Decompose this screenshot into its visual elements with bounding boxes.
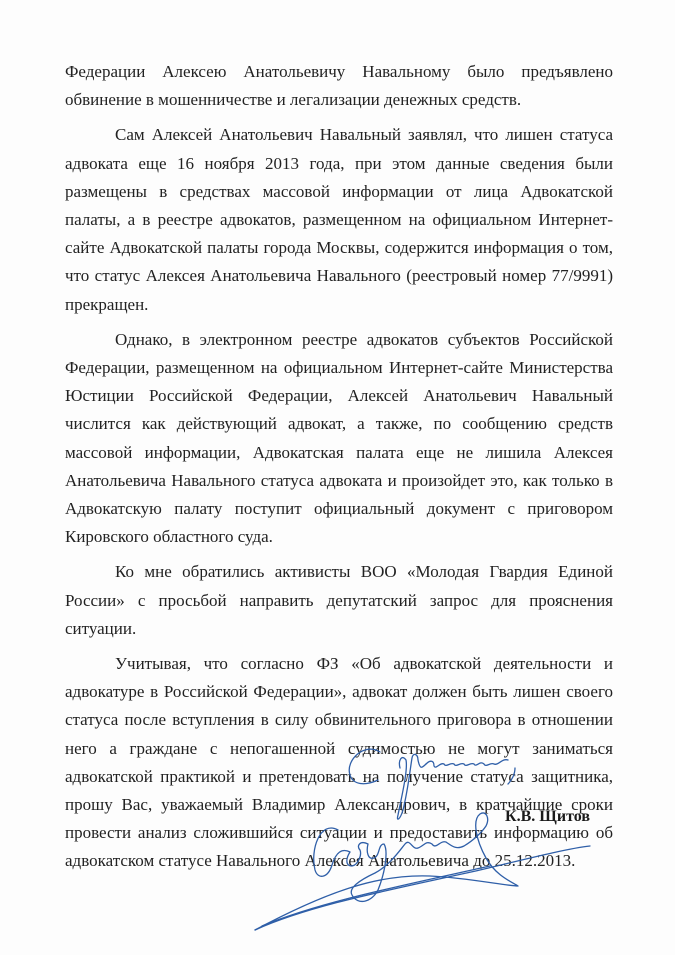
document-page: Федерации Алексею Анатольевичу Навальном… bbox=[0, 0, 675, 955]
signer-name: К.В. Щитов bbox=[505, 808, 590, 826]
paragraph-1: Федерации Алексею Анатольевичу Навальном… bbox=[65, 58, 613, 114]
handwritten-signature-icon bbox=[250, 740, 675, 940]
paragraph-4: Ко мне обратились активисты ВОО «Молодая… bbox=[65, 558, 613, 643]
paragraph-2: Сам Алексей Анатольевич Навальный заявля… bbox=[65, 121, 613, 318]
handwritten-closing-text: С уважением, bbox=[0, 0, 1, 1]
paragraph-3: Однако, в электронном реестре адвокатов … bbox=[65, 326, 613, 552]
